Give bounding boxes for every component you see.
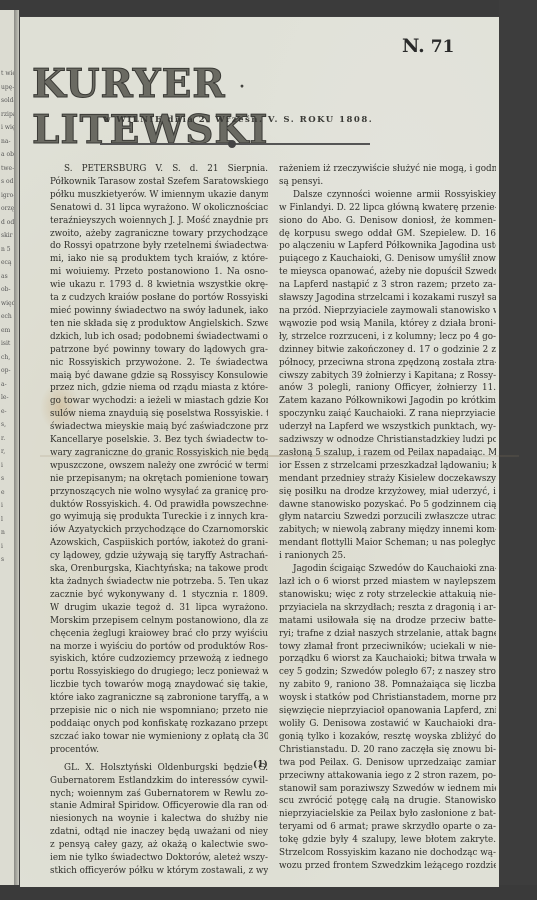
previous-page-text-fragment: r,	[1, 446, 5, 458]
text-line: zacznie być wykonywany d. 1 stycznia r. …	[50, 589, 268, 602]
previous-page-text-fragment: e	[1, 487, 5, 499]
text-line: przynoszących nie wolno wysyłać za grani…	[50, 486, 268, 499]
text-line: twa pod Peilax. G. Denisow uprzedzaiąc z…	[279, 757, 496, 770]
text-line: portu Rossyiskiego do drugiego; lecz pon…	[50, 666, 268, 679]
text-line: dę korpusu swego oddał GM. Szepielew. D.…	[279, 228, 496, 241]
text-line: ciwszy zabitych 39 żołnierzy i Kapitana;…	[279, 370, 496, 383]
text-line: zasłoną 5 szalup, i razem od Peilax napa…	[279, 447, 496, 460]
previous-page-text-fragment: t wię-	[1, 68, 15, 80]
text-line: W drugim ukazie tegoż d. 31 lipca wyrażo…	[50, 602, 268, 615]
text-line: północy, przeciwna strona zpędzoną zosta…	[279, 357, 496, 370]
text-line: scu zwrócić potęgę całą na drugie. Stano…	[279, 795, 496, 808]
masthead-title: KURYER · LITEWSKI	[32, 61, 452, 153]
text-line: ny zabito 9, raniono 38. Pomnażaiąca się…	[279, 679, 496, 692]
text-line: tokę gdzie były 4 szalupy, lewe błotem z…	[279, 834, 496, 847]
text-line: S. PETERSBURG V. S. d. 21 Sierpnia.	[50, 163, 268, 176]
text-line: duktów Rossyiskich. 4. Od prawidła powsz…	[50, 499, 268, 512]
text-line: maią być dawane gdzie są Rossyiscy Konsu…	[50, 370, 268, 383]
viewer-background-bottom	[0, 885, 537, 900]
text-line: iów Azyatyckich przychodzące do Czarnomo…	[50, 524, 268, 537]
text-line: wąwozie pod wsią Manila, którey z działa…	[279, 318, 496, 331]
previous-page-text-fragment: ecą	[1, 257, 12, 269]
text-line: zwoito, ażeby zagraniczne towary przycho…	[50, 228, 268, 241]
text-line: cy lądowey, gdzie używają się taryffy As…	[50, 550, 268, 563]
article-column-right: rażeniem iż rzeczywiście służyć nie mogą…	[279, 163, 496, 873]
text-line: woysk i statków pod Christianstadem, mor…	[279, 692, 496, 705]
text-line: dawne stanowisko pozyskać. Po 5 godzinne…	[279, 499, 496, 512]
previous-page-text-fragment: ch,	[1, 352, 10, 364]
previous-page-text-fragment: na-	[1, 136, 10, 148]
text-line: z pensyą całey gazy, aż okażą o kalectwi…	[50, 839, 268, 852]
previous-page-text-fragment: isit	[1, 338, 10, 350]
issue-number-label: N.	[402, 35, 425, 57]
text-line: mendant przedniey straży Kisielew doczek…	[279, 473, 496, 486]
text-line: procentów.	[50, 744, 268, 757]
text-line: mi, iako nie są produktem tych kraiów, z…	[50, 253, 268, 266]
text-line: GL. X. Holsztyński Oldenburgski będzie G…	[50, 762, 268, 775]
issue-number-value: 71	[431, 37, 455, 57]
text-line: głym natarciu Szwedzi porzucili zwłaszcz…	[279, 511, 496, 524]
text-line: przez nich, gdzie niema od rządu miasta …	[50, 382, 268, 395]
previous-page-text-fragment: l	[1, 514, 3, 526]
text-line: na przód. Nieprzyiaciele zaymowali stano…	[279, 305, 496, 318]
previous-page-text-fragment: i więz	[1, 122, 15, 134]
previous-page-text-fragment: twe-	[1, 163, 14, 175]
text-line: kta żadnych świadectw nie potrzeba. 5. T…	[50, 576, 268, 589]
newspaper-page: N. 71 KURYER · LITEWSKI w WILNIE dnia 2.…	[20, 17, 499, 887]
text-line: wozu przed frontem Szwedzkim leżącego ro…	[279, 860, 496, 873]
text-line: Zatem kazano Półkownikowi Jagodin po kró…	[279, 395, 496, 408]
text-line: ten nie składa się z produktow Angielski…	[50, 318, 268, 331]
text-line: półku muszkietyerów. W imiennym ukazie d…	[50, 189, 268, 202]
previous-page-text-fragment: skir	[1, 230, 13, 242]
text-line: lazł ich o 6 wiorst przed miastem w nayl…	[279, 576, 496, 589]
text-line: mi woiuiemy. Przeto postanowiono 1. Na o…	[50, 266, 268, 279]
text-line: niesionych na woynie i kalectwa do służb…	[50, 813, 268, 826]
text-line: anów 3 polegli, raniony Officyer, żołnie…	[279, 382, 496, 395]
text-line: nych; woiennym zaś Gubernatorem w Rewlu …	[50, 788, 268, 801]
text-line: siono do Abo. G. Denisow doniosł, że kom…	[279, 215, 496, 228]
text-line: Senatowi d. 31 lipca wyrażono. W okolicz…	[50, 202, 268, 215]
text-line: Dalsze czynności woienne armii Rossyiski…	[279, 189, 496, 202]
dateline: w WILNIE dnia 2. Wrześn. V. S. ROKU 1808…	[103, 115, 373, 125]
text-line: sadziwszy w odnodze Christianstadzkiey l…	[279, 434, 496, 447]
text-line: Jagodin ścigaiąc Szwedów do Kauchaioki z…	[279, 563, 496, 576]
text-line: Christianstadu. D. 20 rano zaczęła się z…	[279, 744, 496, 757]
text-line: rażeniem iż rzeczywiście służyć nie mogą…	[279, 163, 496, 176]
text-line: sulów niema znayduią się poselstwa Rossy…	[50, 408, 268, 421]
text-line: sławszy Jagodina strzelcami i kozakami r…	[279, 292, 496, 305]
text-line: dzkich, lub ich osad; podobnemi świadect…	[50, 331, 268, 344]
article-column-left: S. PETERSBURG V. S. d. 21 Sierpnia.Półko…	[50, 163, 268, 878]
previous-page-text-fragment: em	[1, 325, 10, 337]
previous-page-text-fragment: więd	[1, 298, 15, 310]
previous-page-text-fragment: orzę-	[1, 203, 15, 215]
text-line: te mieysca opanować, ażeby nie dopuścił …	[279, 266, 496, 279]
viewer-background-right	[499, 0, 537, 900]
previous-page-text-fragment: as	[1, 271, 8, 283]
previous-page-text-fragment: solda-	[1, 95, 15, 107]
text-line: teraźnieyszych woiennych J. J. Mość znay…	[50, 215, 268, 228]
previous-page-text-fragment: n	[1, 527, 5, 539]
text-line: nie przepisanym; na okrętach pomienione …	[50, 473, 268, 486]
text-line: są pensyi.	[279, 176, 496, 189]
text-line: cey 5 godzin; Szwedów poległo 67; z nasz…	[279, 666, 496, 679]
text-line: przyiaciela na skrzydłach; reszta z drag…	[279, 602, 496, 615]
previous-page-text-fragment: i	[1, 500, 3, 512]
text-line: iem nie tylko świadectwo Doktorów, alete…	[50, 852, 268, 865]
text-line: nic Rossyiskich przywożone. 2. Te świade…	[50, 357, 268, 370]
text-line: Morskim przepisem celnym postanowiono, d…	[50, 615, 268, 628]
text-line: go wyimują się produkta Tureckie i z inn…	[50, 511, 268, 524]
text-line: stkich officyerów półku w którym zostawa…	[50, 865, 268, 878]
text-line: dzinney bitwie zakończoney d. 17 o godzi…	[279, 344, 496, 357]
text-line: po alączeniu w Lapferd Półkownika Jagodi…	[279, 240, 496, 253]
text-line: puiącego z Kauchaioki, G. Denisow umyśli…	[279, 253, 496, 266]
previous-page-text-fragment: op-	[1, 365, 10, 377]
previous-page-text-fragment: rzipą	[1, 109, 15, 121]
previous-page-text-fragment: i	[1, 541, 3, 553]
page-number: (1)	[253, 760, 268, 770]
ornament-dot-icon	[228, 140, 236, 148]
viewer-top-bar	[0, 0, 537, 16]
text-line: stanie Admirał Spiridow. Officyerowie dl…	[50, 800, 268, 813]
previous-page-text-fragment: i	[1, 460, 3, 472]
previous-page-text-fragment: e-	[1, 406, 7, 418]
text-line: poddaiąc onych pod konfiskatę rozkazano …	[50, 718, 268, 731]
text-line: przeciwny attakowania iego z 2 stron raz…	[279, 770, 496, 783]
header-ornament-rule	[100, 141, 370, 147]
text-line: Gubernatorem Estlandzkim do interessów c…	[50, 775, 268, 788]
text-line: ior Essen z strzelcami przeszkadzał lądo…	[279, 460, 496, 473]
text-line: które iako zagraniczne są zabronione tar…	[50, 692, 268, 705]
text-line: świadectwa mieyskie maią być zaświadczon…	[50, 421, 268, 434]
previous-page-edge: t wię-upę-solda-rzipąi więzna-a ob-twe-s…	[0, 10, 15, 885]
text-line: stanowił sam poraziwszy Szwedów w iednem…	[279, 783, 496, 796]
previous-page-text-fragment: upę-	[1, 82, 14, 94]
text-line: towy złamał front przeciwników; uciekali…	[279, 641, 496, 654]
text-line: zabitych; w niewolą zabrany między innem…	[279, 524, 496, 537]
text-line: na Lapferd nastąpić z 3 stron razem; prz…	[279, 279, 496, 292]
previous-page-text-fragment: s	[1, 554, 4, 566]
previous-page-text-fragment: ech	[1, 311, 12, 323]
masthead-word-1: KURYER	[32, 61, 226, 107]
text-line: syiskich, które cudzoziemcy przewożą z i…	[50, 653, 268, 666]
text-line: sięwzięcie nieprzyiacioł opanowania Lapf…	[279, 705, 496, 718]
text-line: patrzone być powinny towary do lądowych …	[50, 344, 268, 357]
text-line: wary zagraniczne do granic Rossyiskich n…	[50, 447, 268, 460]
text-line: ska, Orenburgska, Kiachtyńska; na takowe…	[50, 563, 268, 576]
text-line: w Finlandyi. D. 22 lipca główną kwaterę …	[279, 202, 496, 215]
text-line: przepisie nic o nich nie wspomniano; prz…	[50, 705, 268, 718]
previous-page-text-fragment: ob-	[1, 284, 10, 296]
text-line: Kancellarye poselskie. 3. Bez tych świad…	[50, 434, 268, 447]
text-line: nieprzyiacielskie za Peilax było zasłoni…	[279, 808, 496, 821]
text-line: liczbie tych towarów mogą znaydować się …	[50, 679, 268, 692]
previous-page-text-fragment: igro-	[1, 190, 15, 202]
previous-page-text-fragment: r.	[1, 433, 5, 445]
text-line: do Rossyi opatrzone były rzetelnemi świa…	[50, 240, 268, 253]
text-line: ły, strzelce rozrzuceni, i z kolumny; le…	[279, 331, 496, 344]
text-line: mendant flottylli Maior Scheman; u nas p…	[279, 537, 496, 550]
text-line: mieć powinny świadectwo na swóy ładunek,…	[50, 305, 268, 318]
issue-number: N. 71	[402, 35, 454, 57]
text-line: ryi; trafne z dział naszych strzelanie, …	[279, 628, 496, 641]
previous-page-text-fragment: s od	[1, 176, 13, 188]
text-line: teryami od 6 armat; prawe skrzydło opart…	[279, 821, 496, 834]
text-line: na morze i wyiściu do portów od produktó…	[50, 641, 268, 654]
text-line: go towar wychodzi: a ieżeli w miastach g…	[50, 395, 268, 408]
text-line: spoczynku zaiąć Kauchaioki. Z rana niepr…	[279, 408, 496, 421]
text-line: Azowskich, Caspiiskich portów, iakoteż d…	[50, 537, 268, 550]
text-line: Strzelcom Rossyiskim kazano nie dochodzą…	[279, 847, 496, 860]
text-line: i ranionych 25.	[279, 550, 496, 563]
text-line: chęcenia żeglugi kraiowey brać cło przy …	[50, 628, 268, 641]
text-line: wpuszczone, owszem należy one zwrócić w …	[50, 460, 268, 473]
text-line: gonią tylko i kozaków, resztę woyska zbl…	[279, 731, 496, 744]
text-line: szczać iako towar nie wymieniony z opłat…	[50, 731, 268, 744]
text-line: się posiłku na drodze krzyżowey, miał ud…	[279, 486, 496, 499]
text-line: woliły G. Denisowa zostawić w Kauchaioki…	[279, 718, 496, 731]
previous-page-text-fragment: d od	[1, 217, 14, 229]
previous-page-text-fragment: s,	[1, 419, 6, 431]
text-line: stanowisku; więc z roty strzeleckie atta…	[279, 589, 496, 602]
text-line: wie ukazu r. 1793 d. 8 kwietnia wszystki…	[50, 279, 268, 292]
text-line: uderzył na Lapferd we wszystkich punktac…	[279, 421, 496, 434]
previous-page-text-fragment: s	[1, 473, 4, 485]
previous-page-text-fragment: a-	[1, 379, 7, 391]
previous-page-text-fragment: n 5	[1, 244, 11, 256]
text-line: ta z cudzych kraiów posłane do portów Ro…	[50, 292, 268, 305]
masthead-separator: ·	[240, 82, 244, 93]
previous-page-text-fragment: a ob-	[1, 149, 15, 161]
text-line: porządku 6 wiorst za Kauchaioki; bitwa t…	[279, 653, 496, 666]
text-line: Półkownik Tarasow został Szefem Saratows…	[50, 176, 268, 189]
text-line: matami usiłowała się na drodze przeciw b…	[279, 615, 496, 628]
text-line: zdatni, odtąd nie inaczey będą uważani o…	[50, 826, 268, 839]
previous-page-text-fragment: le-	[1, 392, 9, 404]
book-gutter	[14, 10, 19, 885]
